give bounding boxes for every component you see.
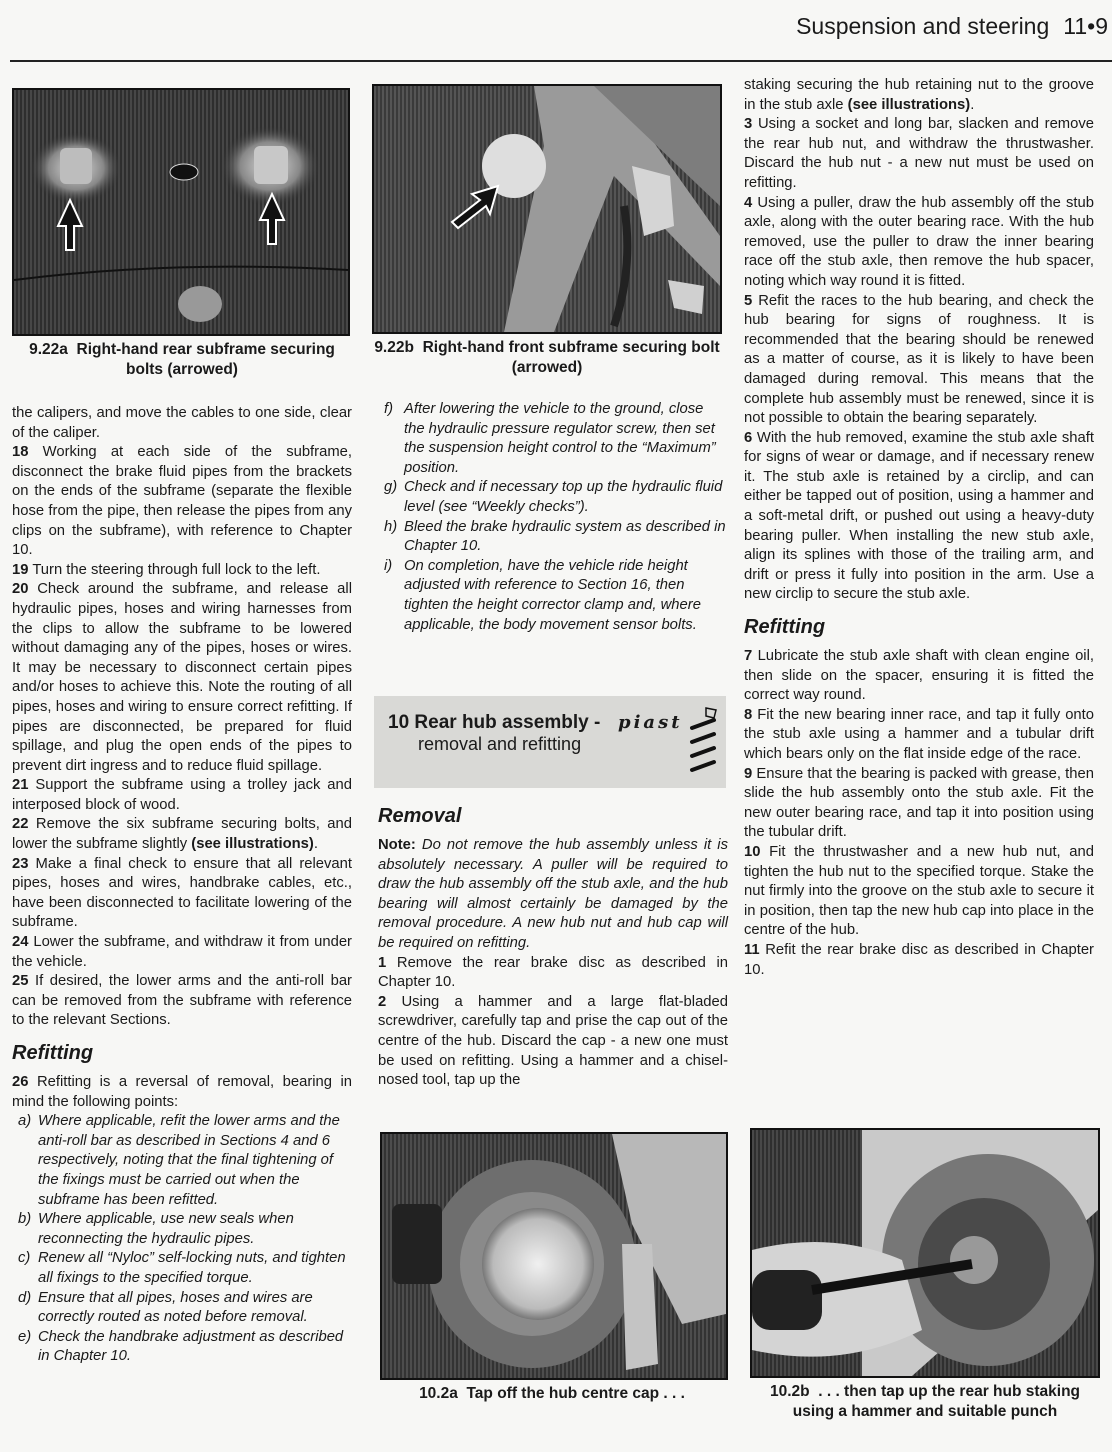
photo-10-2b bbox=[750, 1128, 1100, 1378]
section-title: 10 Rear hub assembly - bbox=[388, 712, 600, 734]
handwritten-signature: piast bbox=[618, 712, 683, 733]
list-item: g)Check and if necessary top up the hydr… bbox=[378, 478, 728, 517]
figure-number: 10.2b bbox=[770, 1383, 810, 1400]
paragraph-22: 22 Remove the six subframe securing bolt… bbox=[12, 815, 352, 854]
column-2: f)After lowering the vehicle to the grou… bbox=[378, 400, 728, 635]
photo-9-22b bbox=[372, 84, 722, 334]
list-item: f)After lowering the vehicle to the grou… bbox=[378, 400, 728, 478]
figure-number: 10.2a bbox=[419, 1385, 458, 1402]
subframe-bolts-image bbox=[14, 90, 348, 334]
paragraph-6: 6 With the hub removed, examine the stub… bbox=[744, 429, 1094, 605]
hub-staking-punch-image bbox=[752, 1130, 1098, 1376]
paragraph-8: 8 Fit the new bearing inner race, and ta… bbox=[744, 706, 1094, 765]
list-item: b)Where applicable, use new seals when r… bbox=[12, 1210, 352, 1249]
paragraph-24: 24 Lower the subframe, and withdraw it f… bbox=[12, 933, 352, 972]
refitting-points-list: a)Where applicable, refit the lower arms… bbox=[12, 1112, 352, 1367]
paragraph-5: 5 Refit the races to the hub bearing, an… bbox=[744, 292, 1094, 429]
list-item: i)On completion, have the vehicle ride h… bbox=[378, 557, 728, 635]
column-1: the calipers, and move the cables to one… bbox=[12, 404, 352, 1367]
illustration-reference: (see illustrations) bbox=[848, 97, 971, 113]
list-item: c)Renew all “Nyloc” self-locking nuts, a… bbox=[12, 1249, 352, 1288]
refitting-heading: Refitting bbox=[744, 615, 1094, 639]
figure-caption-text: Right-hand rear subframe securing bolts … bbox=[77, 341, 335, 378]
front-subframe-bolt-image bbox=[374, 86, 720, 332]
paragraph-continued: staking securing the hub retaining nut t… bbox=[744, 76, 1094, 115]
paragraph-4: 4 Using a puller, draw the hub assembly … bbox=[744, 194, 1094, 292]
refitting-heading: Refitting bbox=[12, 1041, 352, 1065]
paragraph-19: 19 Turn the steering through full lock t… bbox=[12, 561, 352, 581]
paragraph-18: 18 Working at each side of the subframe,… bbox=[12, 443, 352, 561]
removal-heading: Removal bbox=[378, 804, 728, 828]
paragraph-continued: the calipers, and move the cables to one… bbox=[12, 404, 352, 443]
difficulty-spanner-icon bbox=[688, 706, 718, 782]
illustration-reference: (see illustrations) bbox=[191, 836, 314, 852]
removal-section: Removal Note: Do not remove the hub asse… bbox=[378, 800, 728, 1091]
caption-10-2a: 10.2a Tap off the hub centre cap . . . bbox=[380, 1384, 724, 1404]
figure-caption-text: Tap off the hub centre cap . . . bbox=[466, 1385, 684, 1402]
header-divider bbox=[10, 60, 1112, 62]
section-subtitle: removal and refitting bbox=[418, 734, 581, 755]
paragraph-10: 10 Fit the thrustwasher and a new hub nu… bbox=[744, 843, 1094, 941]
column-3: staking securing the hub retaining nut t… bbox=[744, 76, 1094, 980]
paragraph-3: 3 Using a socket and long bar, slacken a… bbox=[744, 115, 1094, 193]
photo-10-2a bbox=[380, 1132, 728, 1380]
paragraph-23: 23 Make a final check to ensure that all… bbox=[12, 855, 352, 933]
paragraph-9: 9 Ensure that the bearing is packed with… bbox=[744, 765, 1094, 843]
caption-10-2b: 10.2b . . . then tap up the rear hub sta… bbox=[750, 1382, 1100, 1422]
page-number: 11•9 bbox=[1063, 13, 1108, 40]
paragraph-7: 7 Lubricate the stub axle shaft with cle… bbox=[744, 647, 1094, 706]
paragraph-1: 1 Remove the rear brake disc as describe… bbox=[378, 954, 728, 993]
photo-9-22a bbox=[12, 88, 350, 336]
list-item: h)Bleed the brake hydraulic system as de… bbox=[378, 518, 728, 557]
hub-centre-cap-image bbox=[382, 1134, 726, 1378]
figure-caption-text: Right-hand front subframe securing bolt … bbox=[423, 339, 720, 376]
paragraph-11: 11 Refit the rear brake disc as describe… bbox=[744, 941, 1094, 980]
list-item: a)Where applicable, refit the lower arms… bbox=[12, 1112, 352, 1210]
figure-caption-text: . . . then tap up the rear hub staking u… bbox=[793, 1383, 1080, 1420]
figure-number: 9.22a bbox=[29, 341, 68, 358]
figure-number: 9.22b bbox=[374, 339, 414, 356]
paragraph-21: 21 Support the subframe using a trolley … bbox=[12, 776, 352, 815]
paragraph-2: 2 Using a hammer and a large flat-bladed… bbox=[378, 993, 728, 1091]
refitting-points-list-continued: f)After lowering the vehicle to the grou… bbox=[378, 400, 728, 635]
list-item: e)Check the handbrake adjustment as desc… bbox=[12, 1328, 352, 1367]
caption-9-22a: 9.22a Right-hand rear subframe securing … bbox=[12, 340, 352, 380]
paragraph-25: 25 If desired, the lower arms and the an… bbox=[12, 972, 352, 1031]
chapter-title: Suspension and steering bbox=[796, 13, 1049, 40]
paragraph-26: 26 Refitting is a reversal of removal, b… bbox=[12, 1073, 352, 1112]
paragraph-20: 20 Check around the subframe, and releas… bbox=[12, 580, 352, 776]
section-heading-box: 10 Rear hub assembly - removal and refit… bbox=[374, 696, 726, 788]
page-header: Suspension and steering 11•9 bbox=[740, 6, 1112, 46]
removal-note: Note: Do not remove the hub assembly unl… bbox=[378, 836, 728, 954]
caption-9-22b: 9.22b Right-hand front subframe securing… bbox=[372, 338, 722, 378]
list-item: d)Ensure that all pipes, hoses and wires… bbox=[12, 1289, 352, 1328]
